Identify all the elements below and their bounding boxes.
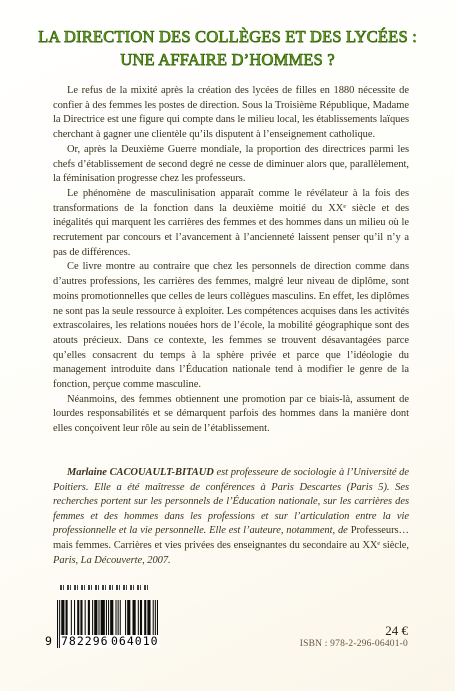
book-title-line1: LA DIRECTION DES COLLÈGES ET DES LYCÉES …: [0, 25, 455, 48]
author-bio: Marlaine CACOUAULT-BITAUD est professeur…: [53, 466, 409, 568]
barcode-digit-group-1: 782296: [60, 635, 110, 648]
synopsis: Le refus de la mixité après la création …: [53, 84, 409, 437]
book-back-cover: LA DIRECTION DES COLLÈGES ET DES LYCÉES …: [0, 0, 455, 691]
book-title-line2: UNE AFFAIRE D’HOMMES ?: [0, 48, 455, 71]
isbn: ISBN : 978-2-296-06401-0: [300, 639, 408, 650]
price: 24 €: [300, 624, 408, 638]
barcode-digit-group-2: 064010: [110, 635, 160, 648]
barcode: 9 782296 064010: [44, 585, 166, 655]
synopsis-paragraph-1: Le refus de la mixité après la création …: [53, 84, 409, 143]
synopsis-paragraph-5: Néanmoins, des femmes obtiennent une pro…: [53, 393, 409, 437]
synopsis-paragraph-3: Le phénomène de masculinisation apparaît…: [53, 187, 409, 261]
barcode-top-strip: [60, 585, 148, 590]
author-name: Marlaine CACOUAULT-BITAUD: [67, 467, 214, 478]
synopsis-paragraph-2: Or, après la Deuxième Guerre mondiale, l…: [53, 143, 409, 187]
author-bio-paragraph: Marlaine CACOUAULT-BITAUD est professeur…: [53, 466, 409, 568]
barcode-digits: 9 782296 064010: [45, 635, 167, 649]
price-isbn-block: 24 € ISBN : 978-2-296-06401-0: [300, 624, 408, 650]
barcode-lead-digit: 9: [45, 635, 52, 648]
book-title: LA DIRECTION DES COLLÈGES ET DES LYCÉES …: [0, 25, 455, 71]
synopsis-paragraph-4: Ce livre montre au contraire que chez le…: [53, 260, 409, 392]
